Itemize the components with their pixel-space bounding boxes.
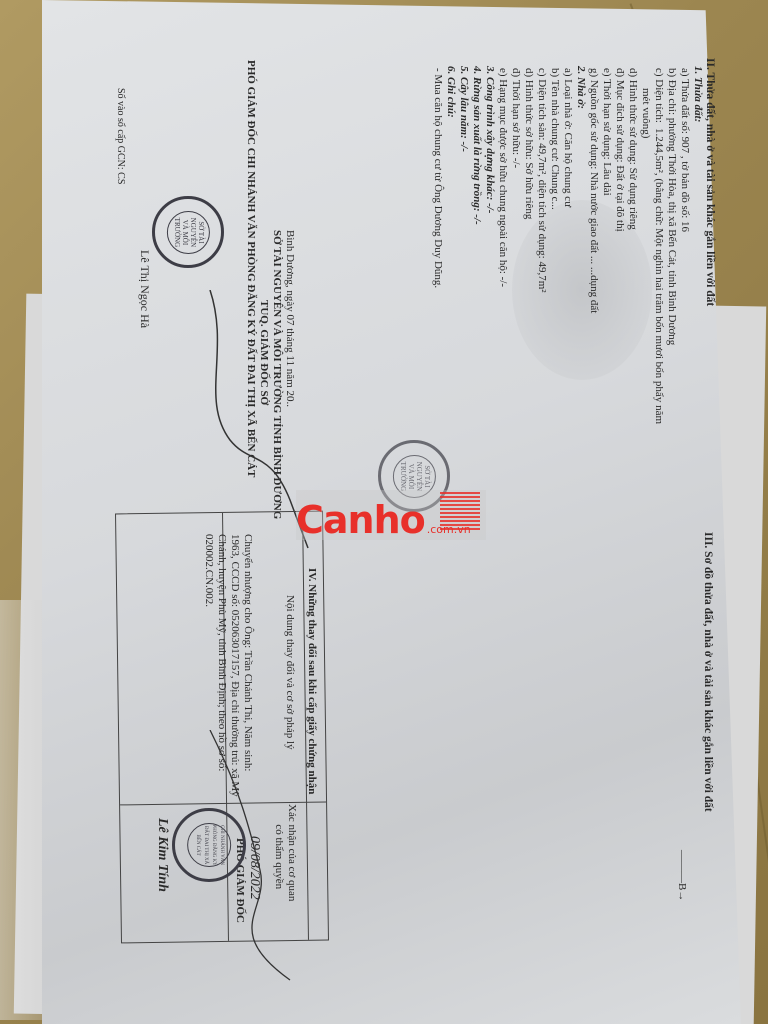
house-ownership: d) Hình thức sở hữu: Sở hữu riêng	[522, 58, 535, 424]
section-ii: II. Thửa đất, nhà ở và tài sản khác gắn …	[431, 58, 716, 424]
section-iii-title: III. Sơ đồ thửa đất, nhà ở và tài sản kh…	[702, 532, 714, 812]
col1-header-text: Nội dung thay đổi và cơ sở pháp lý	[283, 595, 296, 750]
north-arrow-icon: ———	[676, 850, 688, 883]
signer-name: Lê Thị Ngọc Hà	[137, 250, 152, 328]
house-own-term: đ) Thời hạn sở hữu: -/-	[509, 58, 522, 424]
house-floor-area: c) Diện tích sàn: 49,7m², diện tích sử d…	[535, 58, 548, 424]
area-unit: mét vuông)	[639, 58, 652, 424]
official-stamp: SỞ TÀI NGUYÊN VÀ MÔI TRƯỜNG	[152, 196, 224, 268]
use-term: e) Thời hạn sử dụng: Lâu dài	[600, 58, 613, 424]
house-type: a) Loại nhà ở: Căn hộ chung cư	[561, 58, 574, 424]
section-iii: III. Sơ đồ thửa đất, nhà ở và tài sản kh…	[702, 532, 714, 812]
arrow-head-icon: →	[676, 890, 688, 901]
section-iv-title-text: IV. Những thay đổi sau khi cấp giấy chứn…	[306, 568, 318, 794]
canho-watermark: Canho .com.vn	[296, 490, 486, 540]
use-origin: g) Nguồn gốc sử dụng: Nhà nước giao đất …	[587, 58, 600, 424]
section-iv-title: IV. Những thay đổi sau khi cấp giấy chứn…	[306, 568, 318, 794]
notes-text: - Mua căn hộ chung cư từ Ông Dương Duy D…	[431, 58, 444, 424]
forest: 4. Rừng sản xuất là rừng trồng: -/-	[470, 58, 483, 424]
land-heading: 1. Thửa đất:	[691, 58, 704, 424]
land-address: b) Địa chỉ: phường Thới Hòa, thị xã Bến …	[665, 58, 678, 424]
notes-heading: 6. Ghi chú:	[444, 58, 457, 424]
north-arrow-icon: ———B→	[676, 850, 688, 901]
col1-header: Nội dung thay đổi và cơ sở pháp lý	[283, 595, 296, 750]
house-name: b) Tên nhà chung cư: Chung c...	[548, 58, 561, 424]
stamp-text: SỞ TÀI NGUYÊN VÀ MÔI TRƯỜNG	[167, 211, 210, 254]
parcel-number: a) Thửa đất số: 907 , tờ bản đồ số: 16	[678, 58, 691, 424]
building-logo-icon	[440, 492, 480, 530]
registry-number: Số vào sổ cấp GCN: CS	[115, 88, 126, 184]
signature-stroke	[200, 730, 300, 990]
house-heading: 2. Nhà ở:	[574, 58, 587, 424]
watermark-brand: Canho	[296, 500, 425, 540]
other-works: 3. Công trình xây dựng khác: -/-	[483, 58, 496, 424]
confirm-signer: Lê Kim Tính	[154, 818, 170, 892]
house-common: e) Hạng mục được sở hữu chung ngoài căn …	[496, 58, 509, 424]
use-form: d) Hình thức sử dụng: Sử dụng riêng	[626, 58, 639, 424]
section-ii-title: II. Thửa đất, nhà ở và tài sản khác gắn …	[704, 58, 716, 424]
perennial: 5. Cây lâu năm: -/-	[457, 58, 470, 424]
use-purpose: đ) Mục đích sử dụng: Đất ở tại đô thị	[613, 58, 626, 424]
